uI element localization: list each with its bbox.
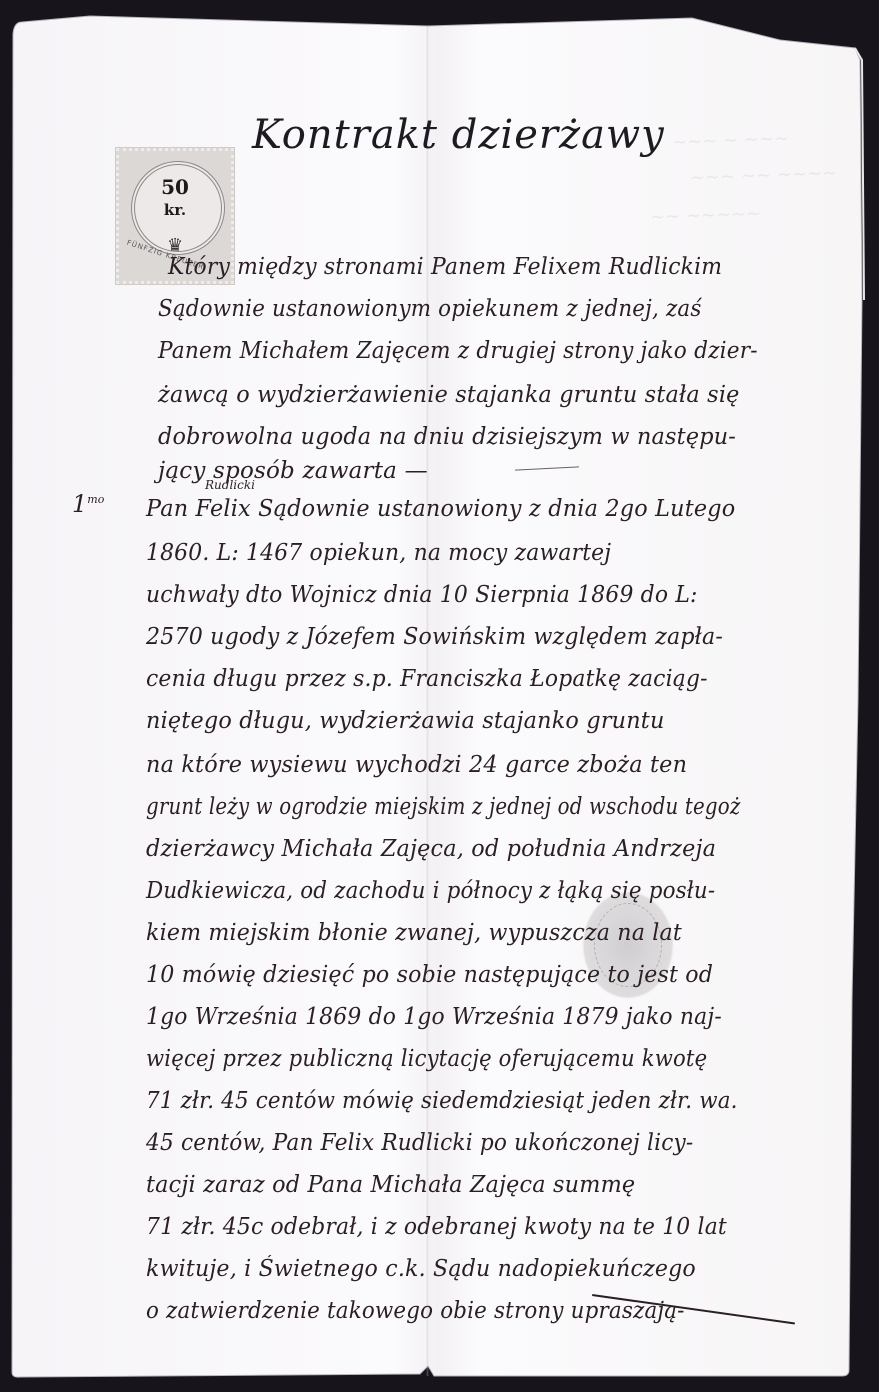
text-line: 71 złr. 45c odebrał, i z odebranej kwoty… xyxy=(146,1214,727,1240)
text-line: 1go Września 1869 do 1go Września 1879 j… xyxy=(146,1004,722,1030)
text-line: jący sposób zawarta — xyxy=(158,458,428,484)
text-line: kwituje, i Świetnego c.k. Sądu nadopieku… xyxy=(146,1256,696,1282)
paragraph-number: 1 xyxy=(72,490,87,518)
text-line: cenia długu przez s.p. Franciszka Łopatk… xyxy=(146,666,708,692)
bleed-through-text: ~~ ~~~~~ xyxy=(650,203,762,228)
text-line: kiem miejskim błonie zwanej, wypuszcza n… xyxy=(146,920,682,946)
text-line: Który między stronami Panem Felixem Rudl… xyxy=(168,254,722,280)
text-line: 2570 ugody z Józefem Sowińskim względem … xyxy=(146,624,723,650)
text-line: 45 centów, Pan Felix Rudlicki po ukończo… xyxy=(146,1130,693,1156)
text-line: 10 mówię dziesięć po sobie następujące t… xyxy=(146,962,713,988)
text-line: Dudkiewicza, od zachodu i północy z łąką… xyxy=(146,878,715,904)
bleed-through-text: ~~~ ~ ~~~ xyxy=(672,128,790,153)
text-line: na które wysiewu wychodzi 24 garce zboża… xyxy=(146,752,687,778)
text-line: uchwały dto Wojnicz dnia 10 Sierpnia 186… xyxy=(146,582,698,608)
stamp-unit: kr. xyxy=(119,201,231,219)
text-line: Panem Michałem Zajęcem z drugiej strony … xyxy=(158,338,758,364)
paragraph-suffix: mo xyxy=(87,493,104,506)
text-line: 1860. L: 1467 opiekun, na mocy zawartej xyxy=(146,540,611,566)
document-title: Kontrakt dzierżawy xyxy=(252,112,665,158)
text-line: dobrowolna ugoda na dniu dzisiejszym w n… xyxy=(158,424,736,450)
stamp-value: 50 xyxy=(119,175,231,199)
text-line: żawcą o wydzierżawienie stajanka gruntu … xyxy=(158,382,740,408)
document-page: ~~~ ~ ~~~ ~~~ ~~ ~~~~ ~~ ~~~~~ 50 kr. ♛ … xyxy=(0,0,879,1392)
paragraph-marker: 1mo xyxy=(72,490,104,518)
text-line: o zatwierdzenie takowego obie strony upr… xyxy=(146,1298,685,1324)
text-line: tacji zaraz od Pana Michała Zajęca summę xyxy=(146,1172,635,1198)
text-line: więcej przez publiczną licytację oferują… xyxy=(146,1046,707,1072)
text-line: niętego długu, wydzierżawia stajanko gru… xyxy=(146,708,665,734)
text-line: dzierżawcy Michała Zajęca, od południa A… xyxy=(146,836,716,862)
text-line: Pan Felix Sądownie ustanowiony z dnia 2g… xyxy=(146,496,735,522)
text-line: grunt leży w ogrodzie miejskim z jednej … xyxy=(146,794,740,820)
text-line: 71 złr. 45 centów mówię siedemdziesiąt j… xyxy=(146,1088,738,1114)
text-line: Sądownie ustanowionym opiekunem z jednej… xyxy=(158,296,701,322)
